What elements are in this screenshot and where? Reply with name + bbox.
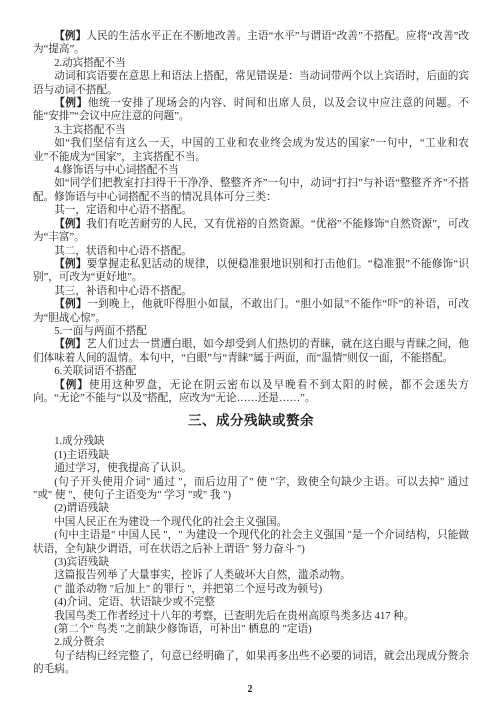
paragraph: 2.成分赘余 (33, 636, 469, 649)
example-label: 【例】 (54, 98, 88, 109)
example-paragraph: 【例】我们有吃苦耐劳的人民，又有优裕的自然资源。“优裕”不能修饰“自然资源”，可… (33, 218, 469, 245)
paragraph: 句子结构已经完整了，句意已经明确了，如果再多出些不必要的词语，就会出现成分赘余的… (33, 650, 469, 677)
example-label: 【例】 (54, 339, 86, 350)
example-paragraph: 【例】艺人们过去一贯遭白眼，如今却受到人们热切的青睐，就在这白眼与青睐之间，他们… (33, 338, 469, 365)
paragraph: 4.修饰语与中心词搭配不当 (33, 164, 469, 177)
paragraph: (1)主语残缺 (33, 449, 469, 462)
example-paragraph: 【例】要掌握走私犯活动的规律，以便稳准狠地识别和打击他们。“稳准狠”不能修饰“识… (33, 258, 469, 285)
paragraph: 其二，状语和中心语不搭配。 (33, 245, 469, 258)
paragraph: 这篇报告列举了大量事实，控诉了人类破坏大自然，滥杀动物。 (33, 569, 469, 582)
paragraph: (4)介词、定语、状语缺少或不完整 (33, 596, 469, 609)
example-label: 【例】 (54, 380, 89, 391)
paragraph: (3)宾语残缺 (33, 556, 469, 569)
paragraph: (句子开头使用介词" 通过 "，而后边用了" 使 "字，致使全句缺少主语。可以去… (33, 476, 469, 503)
document-page: 【例】人民的生活水平正在不断地改善。主语“水平”与谓语“改善”不搭配。应将“改善… (0, 0, 500, 708)
page-number: 2 (0, 684, 500, 695)
paragraph: (" 滥杀动物 "后加上" 的罪行 "，并把第二个逗号改为顿号) (33, 583, 469, 596)
example-label: 【例】 (54, 31, 86, 42)
paragraph: 我国鸟类工作者经过十八年的考察，已查明先后在贵州高原鸟类多达 417 种。 (33, 610, 469, 623)
paragraph: 其一，定语和中心语不搭配。 (33, 204, 469, 217)
paragraph: 如“我们坚信有这么一天，中国的工业和农业终会成为发达的国家”一句中，“工业和农业… (33, 137, 469, 164)
paragraph: 通过学习，使我提高了认识。 (33, 462, 469, 475)
paragraph: 1.成分残缺 (33, 435, 469, 448)
paragraph: (2)谓语残缺 (33, 502, 469, 515)
paragraph: 3.主宾搭配不当 (33, 124, 469, 137)
example-paragraph: 【例】他统一安排了现场会的内容、时间和出席人员，以及会议中应注意的问题。不能“安… (33, 97, 469, 124)
paragraph: 5.一面与两面不搭配 (33, 325, 469, 338)
paragraph: 中国人民正在为建设一个现代化的社会主义强国。 (33, 516, 469, 529)
example-label: 【例】 (54, 219, 86, 230)
paragraph: 6.关联词语不搭配 (33, 365, 469, 378)
example-paragraph: 【例】一到晚上，他就吓得胆小如鼠，不敢出门。“胆小如鼠”不能作“吓”的补语，可改… (33, 298, 469, 325)
paragraph: 其三，补语和中心语不搭配。 (33, 285, 469, 298)
example-paragraph: 【例】人民的生活水平正在不断地改善。主语“水平”与谓语“改善”不搭配。应将“改善… (33, 30, 469, 57)
document-body: 【例】人民的生活水平正在不断地改善。主语“水平”与谓语“改善”不搭配。应将“改善… (33, 30, 469, 677)
paragraph: 2.动宾搭配不当 (33, 57, 469, 70)
example-paragraph: 【例】使用这种罗盘，无论在阴云密布以及早晚看不到太阳的时候，都不会迷失方向。“无… (33, 379, 469, 406)
paragraph: 动词和宾语要在意思上和语法上搭配，常见错误是：当动词带两个以上宾语时，后面的宾语… (33, 70, 469, 97)
paragraph: (第二个" 鸟类 "之前缺少修饰语，可补出" 栖息的 "定语) (33, 623, 469, 636)
paragraph: 如“同学们把教室打扫得干干净净、整整齐齐”一句中，动词“打扫”与补语“整整齐齐”… (33, 177, 469, 204)
section-heading: 三、成分残缺或赘余 (33, 412, 469, 429)
example-label: 【例】 (54, 259, 86, 270)
example-label: 【例】 (54, 299, 87, 310)
paragraph: (句中主语是" 中国人民 "，" 为建设一个现代化的社会主义强国 "是一个介词结… (33, 529, 469, 556)
